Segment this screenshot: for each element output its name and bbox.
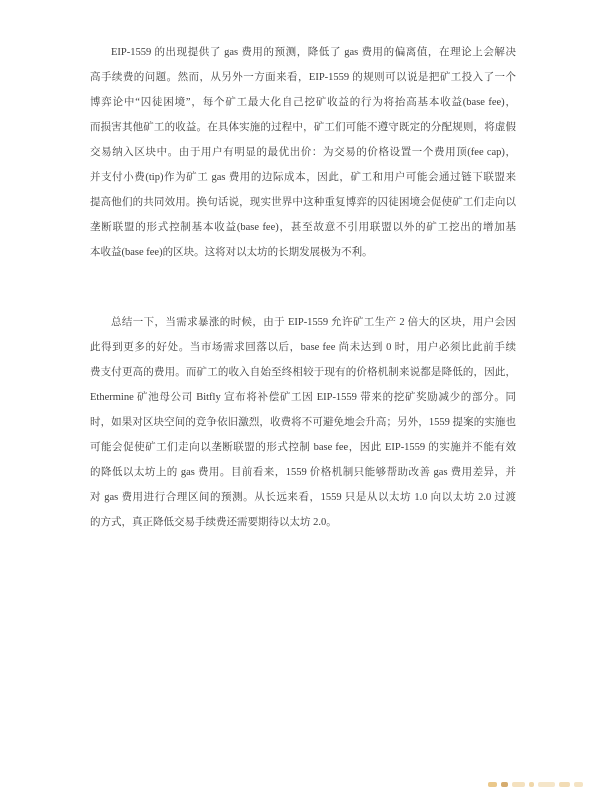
text-line: 高手续费的问题。然而，从另外一方面来看，EIP-1559 的规则可以说是把矿工投… (90, 65, 516, 90)
text-line: 本收益(base fee)的区块。这将对以太坊的长期发展极为不利。 (90, 240, 516, 265)
text-line: 此得到更多的好处。当市场需求回落以后，base fee 尚未达到 0 时，用户必… (90, 335, 516, 360)
text-line: 的方式，真正降低交易手续费还需要期待以太坊 2.0。 (90, 510, 516, 535)
text-line: 可能会促使矿工们走向以垄断联盟的形式控制 base fee，因此 EIP-155… (90, 435, 516, 460)
watermark-dash (512, 782, 525, 787)
watermark-dash (488, 782, 497, 787)
watermark-dash (559, 782, 570, 787)
text-line: 费支付更高的费用。而矿工的收入自始至终相较于现有的价格机制来说都是降低的，因此， (90, 360, 516, 385)
text-line: 对 gas 费用进行合理区间的预测。从长远来看，1559 只是从以太坊 1.0 … (90, 485, 516, 510)
watermark-dash (501, 782, 508, 787)
document-page: EIP-1559 的出现提供了 gas 费用的预测，降低了 gas 费用的偏离值… (0, 0, 600, 789)
text-line: 提高他们的共同效用。换句话说，现实世界中这种重复博弈的囚徒困境会促使矿工们走向以 (90, 190, 516, 215)
paragraph: 总结一下，当需求暴涨的时候，由于 EIP-1559 允许矿工生产 2 倍大的区块… (90, 310, 516, 535)
text-line: 的降低以太坊上的 gas 费用。目前看来，1559 价格机制只能够帮助改善 ga… (90, 460, 516, 485)
text-line: 博弈论中“囚徒困境”，每个矿工最大化自己挖矿收益的行为将抬高基本收益(base … (90, 90, 516, 115)
watermark-dash (574, 782, 583, 787)
text-line: 交易纳入区块中。由于用户有明显的最优出价：为交易的价格设置一个费用顶(fee c… (90, 140, 516, 165)
text-line: EIP-1559 的出现提供了 gas 费用的预测，降低了 gas 费用的偏离值… (90, 40, 516, 65)
text-line: 垄断联盟的形式控制基本收益(base fee)，甚至故意不引用联盟以外的矿工挖出… (90, 215, 516, 240)
text-line: 总结一下，当需求暴涨的时候，由于 EIP-1559 允许矿工生产 2 倍大的区块… (90, 310, 516, 335)
text-line: Ethermine 矿池母公司 Bitfly 宣布将补偿矿工因 EIP-1559… (90, 385, 516, 410)
watermark-fragment-icon (488, 782, 598, 789)
text-line: 并支付小费(tip)作为矿工 gas 费用的边际成本，因此，矿工和用户可能会通过… (90, 165, 516, 190)
article-body: EIP-1559 的出现提供了 gas 费用的预测，降低了 gas 费用的偏离值… (90, 40, 516, 535)
watermark-dash (538, 782, 555, 787)
text-line: 时，如果对区块空间的竞争依旧激烈，收费将不可避免地会升高；另外，1559 提案的… (90, 410, 516, 435)
text-line: 而损害其他矿工的收益。在具体实施的过程中，矿工们可能不遵守既定的分配规则，将虚假 (90, 115, 516, 140)
watermark-dash (529, 782, 534, 787)
paragraph: EIP-1559 的出现提供了 gas 费用的预测，降低了 gas 费用的偏离值… (90, 40, 516, 265)
